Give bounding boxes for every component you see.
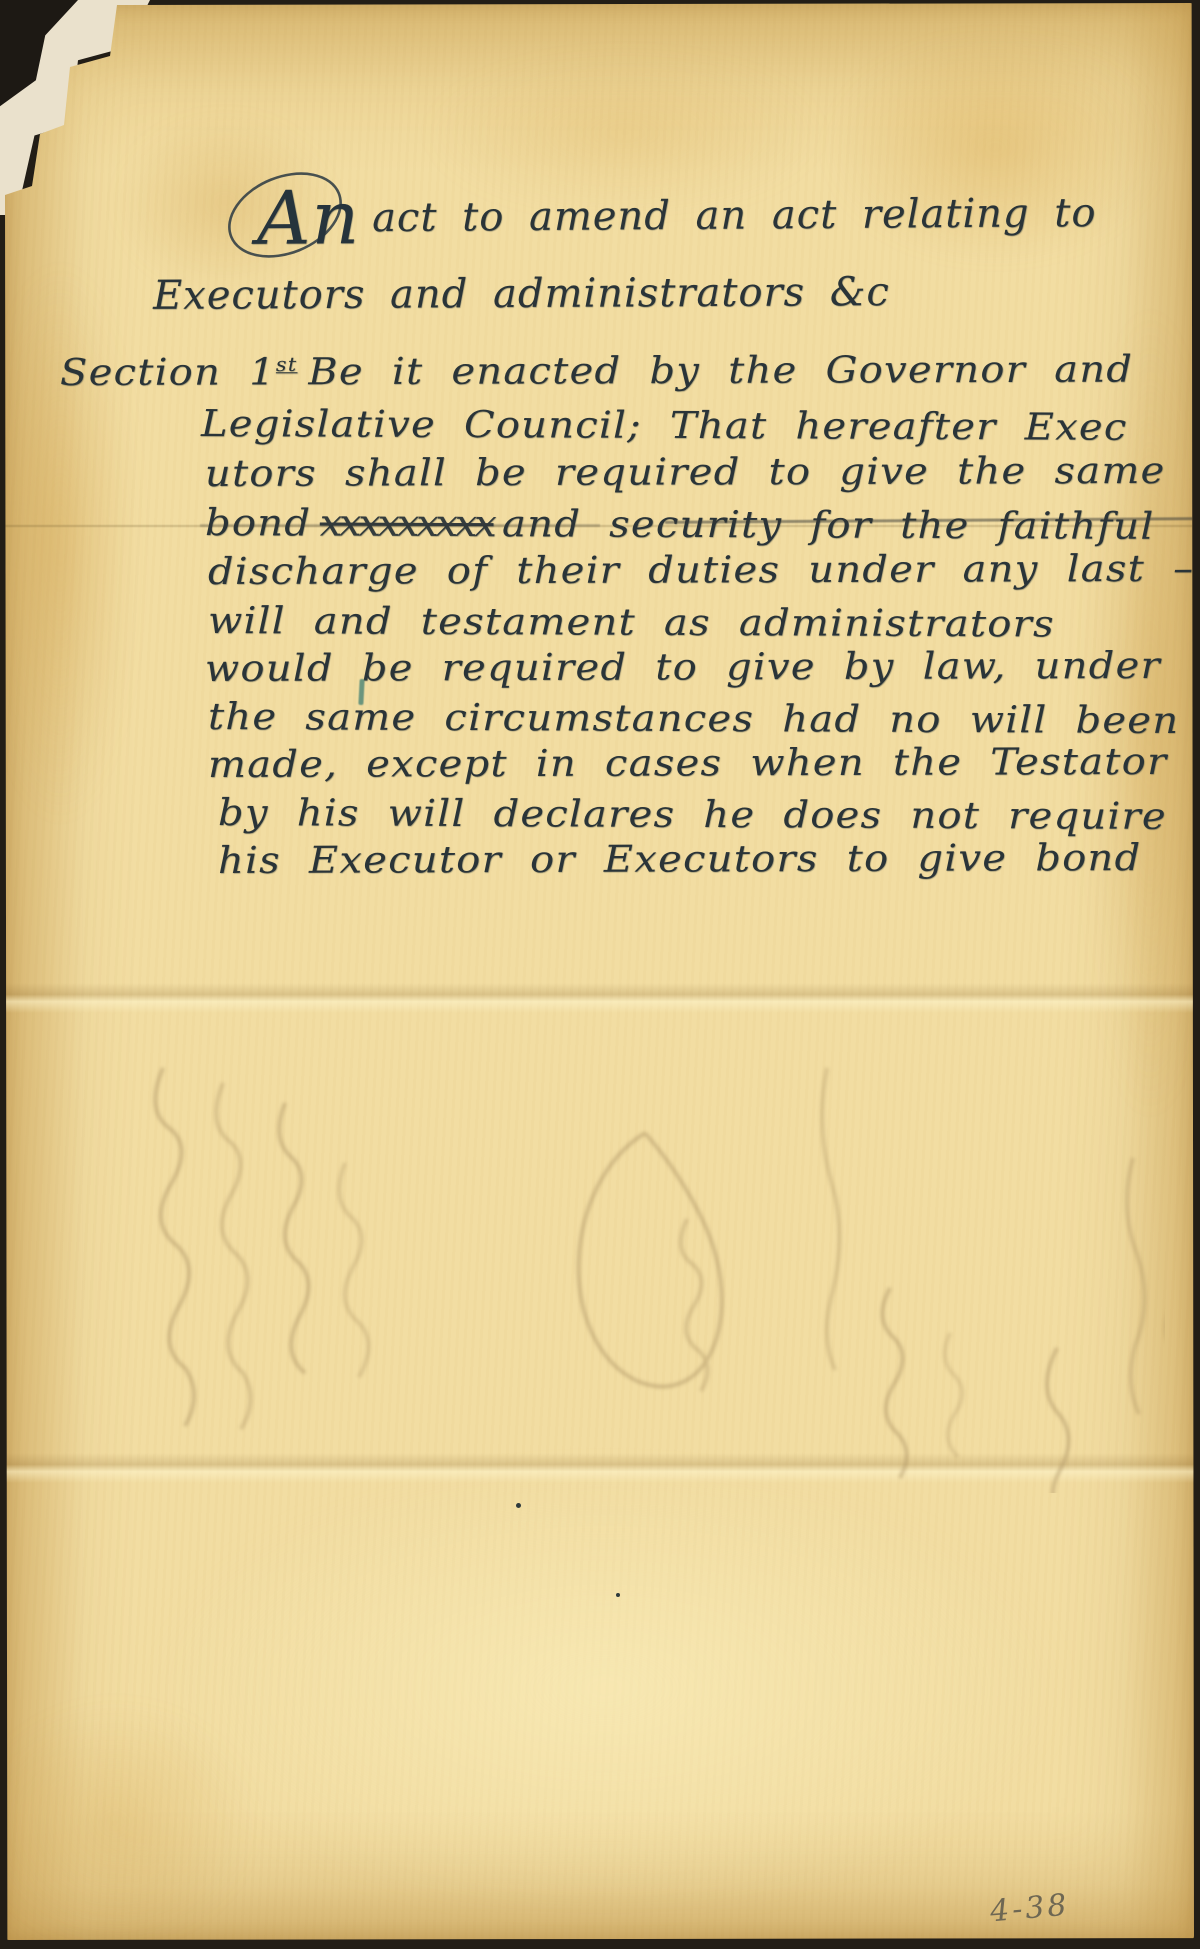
manuscript-page: Anact to amend an act relating to Execut…: [5, 3, 1194, 1940]
section-line: Section 1stBe it enacted by the Governor…: [60, 348, 1133, 394]
scan-surface: Anact to amend an act relating to Execut…: [0, 0, 1200, 1949]
title-line-1: Anact to amend an act relating to: [257, 190, 1097, 242]
body-line: utors shall be required to give the same: [205, 449, 1166, 495]
archival-pencil-number: 4-38: [989, 1888, 1071, 1930]
paper-light-patch: [155, 1473, 1055, 1903]
paper-stain: [0, 1703, 255, 1943]
section-superscript: st: [276, 353, 298, 376]
body-line: by his will declares he does not require: [218, 791, 1167, 838]
section-label: Section 1: [60, 350, 276, 394]
body-line-bond: bondxxxxxxxxxand security for the faithf…: [205, 501, 1155, 548]
bond-rest: and security for the faithful: [502, 502, 1155, 548]
body-line: Legislative Council; That hereafter Exec: [201, 402, 1128, 449]
body-line: made, except in cases when the Testator: [208, 740, 1168, 786]
ink-speck: [616, 1593, 620, 1597]
paper-stain: [0, 263, 135, 823]
paper-stain: [425, 53, 825, 213]
body-line: his Executor or Executors to give bond: [218, 836, 1142, 882]
title-initial: An: [257, 175, 361, 262]
body-line: the same circumstances had no will been: [208, 695, 1180, 742]
body-line: would be required to give by law, under: [205, 644, 1161, 690]
fold-crease: [5, 1453, 1194, 1483]
struck-text: xxxxxxxxx: [320, 501, 494, 545]
bond-word: bond: [205, 501, 311, 544]
body-line: will and testament as administrators: [208, 599, 1055, 645]
section-text: Be it enacted by the Governor and: [308, 348, 1133, 394]
ink-speck: [516, 1503, 521, 1508]
title-line-2: Executors and administrators &c: [153, 269, 890, 319]
title-text: act to amend an act relating to: [372, 190, 1097, 241]
bleedthrough-ink: [45, 1013, 1165, 1493]
body-line: discharge of their duties under any last…: [208, 547, 1194, 593]
fold-crease: [5, 983, 1194, 1013]
